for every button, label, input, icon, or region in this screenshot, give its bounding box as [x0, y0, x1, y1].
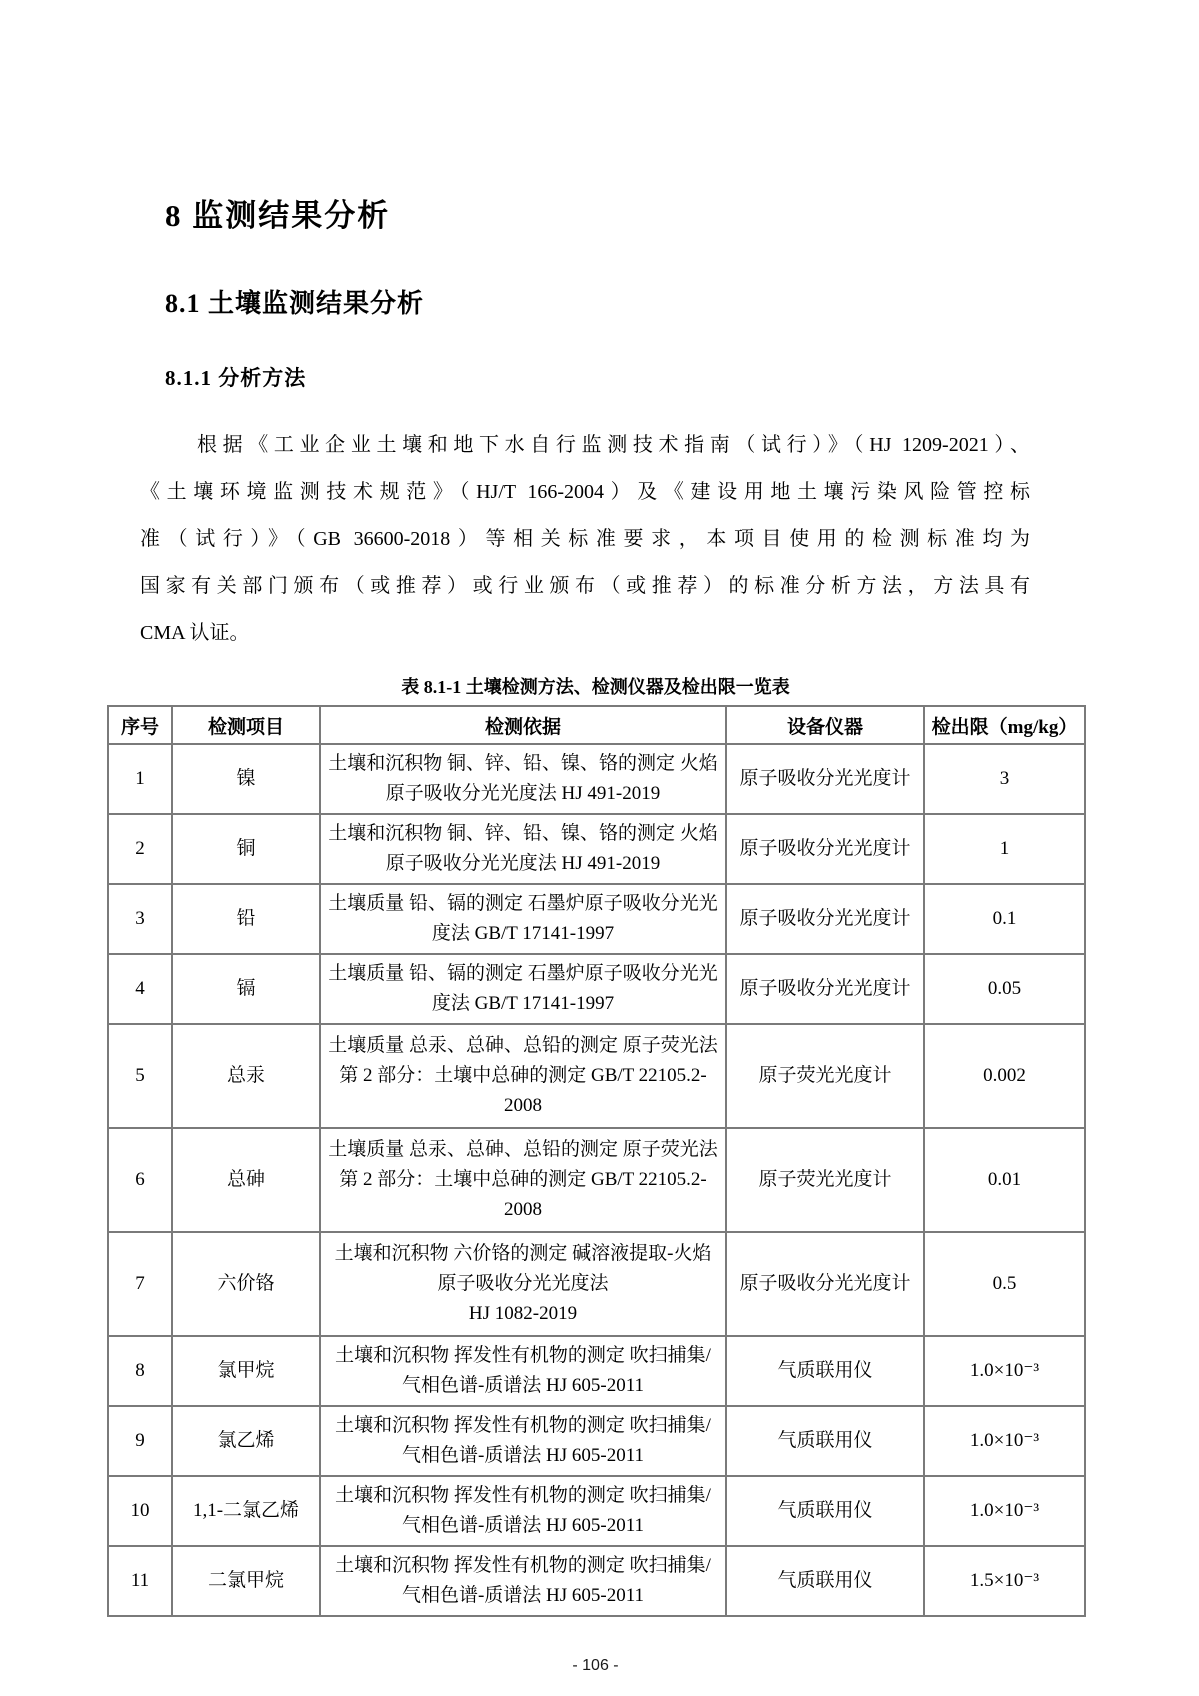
- paragraph-line-1: 根据《工业企业土壤和地下水自行监测技术指南（试行）》（HJ 1209-2021）…: [140, 422, 1030, 469]
- cell-basis: 土壤和沉积物 挥发性有机物的测定 吹扫捕集/气相色谱-质谱法 HJ 605-20…: [320, 1406, 726, 1476]
- cell-limit: 3: [924, 744, 1085, 814]
- cell-seq: 2: [108, 814, 172, 884]
- cell-seq: 8: [108, 1336, 172, 1406]
- cell-basis: 土壤和沉积物 六价铬的测定 碱溶液提取-火焰原子吸收分光光度法 HJ 1082-…: [320, 1232, 726, 1336]
- table-row: 1 镍 土壤和沉积物 铜、锌、铅、镍、铬的测定 火焰原子吸收分光光度法 HJ 4…: [108, 744, 1085, 814]
- col-header-basis: 检测依据: [320, 706, 726, 744]
- cell-basis: 土壤和沉积物 挥发性有机物的测定 吹扫捕集/气相色谱-质谱法 HJ 605-20…: [320, 1546, 726, 1616]
- page-number: - 106 -: [107, 1657, 1084, 1675]
- cell-limit: 1.0×10⁻³: [924, 1406, 1085, 1476]
- table-row: 5 总汞 土壤质量 总汞、总砷、总铅的测定 原子荧光法 第 2 部分：土壤中总砷…: [108, 1024, 1085, 1128]
- cell-seq: 6: [108, 1128, 172, 1232]
- cell-basis: 土壤质量 铅、镉的测定 石墨炉原子吸收分光光度法 GB/T 17141-1997: [320, 884, 726, 954]
- cell-seq: 1: [108, 744, 172, 814]
- cell-limit: 0.1: [924, 884, 1085, 954]
- subsubsection-heading: 8.1.1 分析方法: [165, 362, 1199, 392]
- cell-item: 氯乙烯: [172, 1406, 320, 1476]
- cell-item: 总砷: [172, 1128, 320, 1232]
- cell-basis: 土壤和沉积物 挥发性有机物的测定 吹扫捕集/气相色谱-质谱法 HJ 605-20…: [320, 1476, 726, 1546]
- cell-seq: 10: [108, 1476, 172, 1546]
- cell-instrument: 原子荧光光度计: [726, 1128, 924, 1232]
- cell-instrument: 原子吸收分光光度计: [726, 744, 924, 814]
- col-header-item: 检测项目: [172, 706, 320, 744]
- cell-instrument: 原子吸收分光光度计: [726, 884, 924, 954]
- intro-paragraph: 根据《工业企业土壤和地下水自行监测技术指南（试行）》（HJ 1209-2021）…: [140, 422, 1030, 657]
- cell-instrument: 原子吸收分光光度计: [726, 814, 924, 884]
- cell-seq: 5: [108, 1024, 172, 1128]
- cell-item: 总汞: [172, 1024, 320, 1128]
- col-header-seq: 序号: [108, 706, 172, 744]
- cell-instrument: 原子吸收分光光度计: [726, 1232, 924, 1336]
- paragraph-line-3: 准（试行）》（GB 36600-2018）等相关标准要求，本项目使用的检测标准均…: [140, 516, 1030, 563]
- cell-basis: 土壤质量 铅、镉的测定 石墨炉原子吸收分光光度法 GB/T 17141-1997: [320, 954, 726, 1024]
- paragraph-line-5: CMA 认证。: [140, 610, 1030, 657]
- table-row: 2 铜 土壤和沉积物 铜、锌、铅、镍、铬的测定 火焰原子吸收分光光度法 HJ 4…: [108, 814, 1085, 884]
- table-row: 8 氯甲烷 土壤和沉积物 挥发性有机物的测定 吹扫捕集/气相色谱-质谱法 HJ …: [108, 1336, 1085, 1406]
- cell-item: 六价铬: [172, 1232, 320, 1336]
- table-row: 3 铅 土壤质量 铅、镉的测定 石墨炉原子吸收分光光度法 GB/T 17141-…: [108, 884, 1085, 954]
- subsection-heading: 8.1 土壤监测结果分析: [165, 283, 1199, 320]
- cell-basis: 土壤质量 总汞、总砷、总铅的测定 原子荧光法 第 2 部分：土壤中总砷的测定 G…: [320, 1128, 726, 1232]
- cell-seq: 4: [108, 954, 172, 1024]
- cell-basis: 土壤和沉积物 铜、锌、铅、镍、铬的测定 火焰原子吸收分光光度法 HJ 491-2…: [320, 744, 726, 814]
- paragraph-line-4: 国家有关部门颁布（或推荐）或行业颁布（或推荐）的标准分析方法，方法具有: [140, 563, 1030, 610]
- table-caption: 表 8.1-1 土壤检测方法、检测仪器及检出限一览表: [107, 673, 1084, 699]
- cell-seq: 7: [108, 1232, 172, 1336]
- cell-seq: 9: [108, 1406, 172, 1476]
- cell-item: 二氯甲烷: [172, 1546, 320, 1616]
- cell-instrument: 气质联用仪: [726, 1546, 924, 1616]
- col-header-limit: 检出限（mg/kg）: [924, 706, 1085, 744]
- cell-limit: 0.5: [924, 1232, 1085, 1336]
- section-heading: 8 监测结果分析: [165, 190, 1199, 235]
- cell-limit: 1.5×10⁻³: [924, 1546, 1085, 1616]
- cell-limit: 0.01: [924, 1128, 1085, 1232]
- cell-item: 镍: [172, 744, 320, 814]
- cell-item: 镉: [172, 954, 320, 1024]
- cell-item: 1,1-二氯乙烯: [172, 1476, 320, 1546]
- cell-basis: 土壤质量 总汞、总砷、总铅的测定 原子荧光法 第 2 部分：土壤中总砷的测定 G…: [320, 1024, 726, 1128]
- cell-item: 铅: [172, 884, 320, 954]
- cell-item: 铜: [172, 814, 320, 884]
- table-row: 7 六价铬 土壤和沉积物 六价铬的测定 碱溶液提取-火焰原子吸收分光光度法 HJ…: [108, 1232, 1085, 1336]
- cell-seq: 3: [108, 884, 172, 954]
- col-header-instrument: 设备仪器: [726, 706, 924, 744]
- cell-basis: 土壤和沉积物 铜、锌、铅、镍、铬的测定 火焰原子吸收分光光度法 HJ 491-2…: [320, 814, 726, 884]
- table-row: 11 二氯甲烷 土壤和沉积物 挥发性有机物的测定 吹扫捕集/气相色谱-质谱法 H…: [108, 1546, 1085, 1616]
- cell-limit: 1.0×10⁻³: [924, 1476, 1085, 1546]
- cell-basis: 土壤和沉积物 挥发性有机物的测定 吹扫捕集/气相色谱-质谱法 HJ 605-20…: [320, 1336, 726, 1406]
- paragraph-line-2: 《土壤环境监测技术规范》（HJ/T 166-2004）及《建设用地土壤污染风险管…: [140, 469, 1030, 516]
- cell-instrument: 原子吸收分光光度计: [726, 954, 924, 1024]
- cell-instrument: 气质联用仪: [726, 1336, 924, 1406]
- cell-limit: 0.002: [924, 1024, 1085, 1128]
- cell-instrument: 原子荧光光度计: [726, 1024, 924, 1128]
- document-page: 8 监测结果分析 8.1 土壤监测结果分析 8.1.1 分析方法 根据《工业企业…: [0, 0, 1199, 1696]
- table-row: 4 镉 土壤质量 铅、镉的测定 石墨炉原子吸收分光光度法 GB/T 17141-…: [108, 954, 1085, 1024]
- cell-item: 氯甲烷: [172, 1336, 320, 1406]
- cell-limit: 1: [924, 814, 1085, 884]
- table-row: 10 1,1-二氯乙烯 土壤和沉积物 挥发性有机物的测定 吹扫捕集/气相色谱-质…: [108, 1476, 1085, 1546]
- cell-instrument: 气质联用仪: [726, 1476, 924, 1546]
- soil-detection-methods-table: 序号 检测项目 检测依据 设备仪器 检出限（mg/kg） 1 镍 土壤和沉积物 …: [107, 705, 1086, 1617]
- table-row: 6 总砷 土壤质量 总汞、总砷、总铅的测定 原子荧光法 第 2 部分：土壤中总砷…: [108, 1128, 1085, 1232]
- cell-instrument: 气质联用仪: [726, 1406, 924, 1476]
- cell-limit: 0.05: [924, 954, 1085, 1024]
- cell-limit: 1.0×10⁻³: [924, 1336, 1085, 1406]
- table-header-row: 序号 检测项目 检测依据 设备仪器 检出限（mg/kg）: [108, 706, 1085, 744]
- table-row: 9 氯乙烯 土壤和沉积物 挥发性有机物的测定 吹扫捕集/气相色谱-质谱法 HJ …: [108, 1406, 1085, 1476]
- cell-seq: 11: [108, 1546, 172, 1616]
